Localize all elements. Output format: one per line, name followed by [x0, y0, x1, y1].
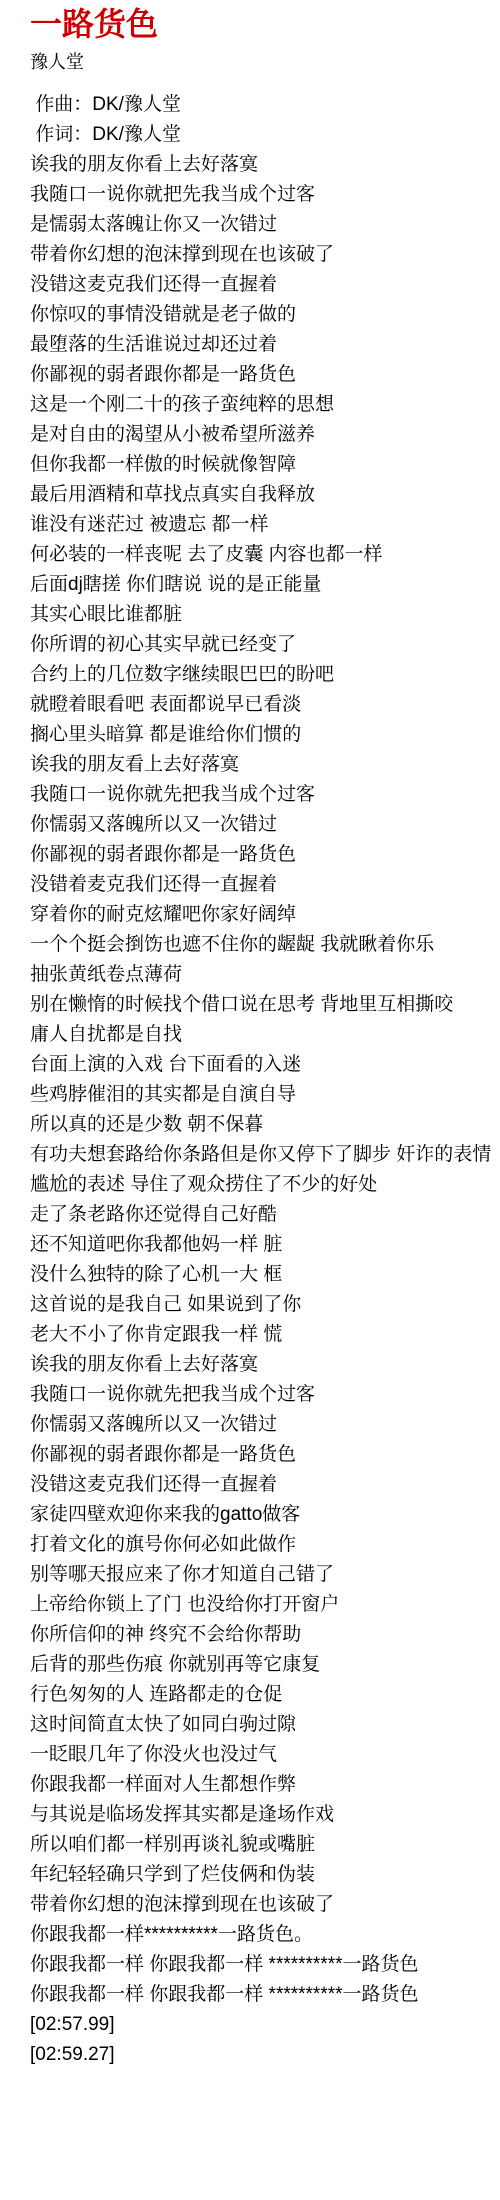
- lyric-line: 年纪轻轻确只学到了烂伎俩和伪装: [30, 1860, 500, 1890]
- lyric-line: 所以真的还是少数 朝不保暮: [30, 1110, 500, 1140]
- lyric-line: 别在懒惰的时候找个借口说在思考 背地里互相撕咬: [30, 990, 500, 1020]
- lyric-line: 你所谓的初心其实早就已经变了: [30, 630, 500, 660]
- lyric-line: 行色匆匆的人 连路都走的仓促: [30, 1680, 500, 1710]
- lyrics-block: 诶我的朋友你看上去好落寞我随口一说你就把先我当成个过客是懦弱太落魄让你又一次错过…: [30, 150, 500, 2070]
- lyric-line: 何必装的一样丧呢 去了皮囊 内容也都一样: [30, 540, 500, 570]
- lyric-line: 你鄙视的弱者跟你都是一路货色: [30, 840, 500, 870]
- lyric-line: 一眨眼几年了你没火也没过气: [30, 1740, 500, 1770]
- lyric-line: 你跟我都一样面对人生都想作弊: [30, 1770, 500, 1800]
- lyric-line: 还不知道吧你我都他妈一样 脏: [30, 1230, 500, 1260]
- artist-name: 豫人堂: [30, 50, 500, 74]
- lyric-line: 穿着你的耐克炫耀吧你家好阔绰: [30, 900, 500, 930]
- lyric-line: 有功夫想套路给你条路但是你又停下了脚步 奸诈的表情: [30, 1140, 500, 1170]
- lyric-line: 老大不小了你肯定跟我一样 慌: [30, 1320, 500, 1350]
- lyric-line: 这时间简直太快了如同白驹过隙: [30, 1710, 500, 1740]
- lyricist-credit: 作词：DK/豫人堂: [30, 120, 500, 150]
- lyric-line: 后面dj瞎搓 你们瞎说 说的是正能量: [30, 570, 500, 600]
- song-title: 一路货色: [30, 4, 500, 44]
- lyric-line: 没什么独特的除了心机一大 框: [30, 1260, 500, 1290]
- lyric-line: 诶我的朋友你看上去好落寞: [30, 150, 500, 180]
- lyric-line: 搁心里头暗算 都是谁给你们惯的: [30, 720, 500, 750]
- lyric-line: 谁没有迷茫过 被遗忘 都一样: [30, 510, 500, 540]
- lyric-line: 带着你幻想的泡沫撑到现在也该破了: [30, 240, 500, 270]
- lyric-line: 最堕落的生活谁说过却还过着: [30, 330, 500, 360]
- lyric-line: 你跟我都一样 你跟我都一样 **********一路货色: [30, 1950, 500, 1980]
- lyric-line: 台面上演的入戏 台下面看的入迷: [30, 1050, 500, 1080]
- lyric-line: 最后用酒精和草找点真实自我释放: [30, 480, 500, 510]
- lyric-line: 就瞪着眼看吧 表面都说早已看淡: [30, 690, 500, 720]
- composer-credit: 作曲：DK/豫人堂: [30, 90, 500, 120]
- lyric-line: 带着你幻想的泡沫撑到现在也该破了: [30, 1890, 500, 1920]
- lyric-line: 别等哪天报应来了你才知道自己错了: [30, 1560, 500, 1590]
- lyrics-page: 一路货色 豫人堂 作曲：DK/豫人堂 作词：DK/豫人堂 诶我的朋友你看上去好落…: [0, 0, 500, 2070]
- timestamp-line: [02:57.99]: [30, 2010, 500, 2040]
- lyric-line: 与其说是临场发挥其实都是逢场作戏: [30, 1800, 500, 1830]
- lyric-line: 没错着麦克我们还得一直握着: [30, 870, 500, 900]
- lyric-line: 你懦弱又落魄所以又一次错过: [30, 1410, 500, 1440]
- lyric-line: 你鄙视的弱者跟你都是一路货色: [30, 360, 500, 390]
- lyric-line: 你跟我都一样 你跟我都一样 **********一路货色: [30, 1980, 500, 2010]
- credits-block: 作曲：DK/豫人堂 作词：DK/豫人堂: [30, 90, 500, 150]
- lyric-line: 一个个挺会捯饬也遮不住你的龌龊 我就瞅着你乐: [30, 930, 500, 960]
- lyric-line: 其实心眼比谁都脏: [30, 600, 500, 630]
- lyric-line: 抽张黄纸卷点薄荷: [30, 960, 500, 990]
- lyric-line: 你懦弱又落魄所以又一次错过: [30, 810, 500, 840]
- lyric-line: 我随口一说你就先把我当成个过客: [30, 1380, 500, 1410]
- lyric-line: 没错这麦克我们还得一直握着: [30, 270, 500, 300]
- lyric-line: 家徒四壁欢迎你来我的gatto做客: [30, 1500, 500, 1530]
- lyric-line: 是对自由的渴望从小被希望所滋养: [30, 420, 500, 450]
- lyric-line: 没错这麦克我们还得一直握着: [30, 1470, 500, 1500]
- lyric-line: 上帝给你锁上了门 也没给你打开窗户: [30, 1590, 500, 1620]
- lyric-line: 你所信仰的神 终究不会给你帮助: [30, 1620, 500, 1650]
- lyric-line: 庸人自扰都是自找: [30, 1020, 500, 1050]
- lyric-line: 些鸡脖催泪的其实都是自演自导: [30, 1080, 500, 1110]
- lyric-line: 这是一个刚二十的孩子蛮纯粹的思想: [30, 390, 500, 420]
- lyric-line: 但你我都一样傲的时候就像智障: [30, 450, 500, 480]
- lyric-line: 打着文化的旗号你何必如此做作: [30, 1530, 500, 1560]
- lyric-line: 尴尬的表述 导住了观众捞住了不少的好处: [30, 1170, 500, 1200]
- lyric-line: 我随口一说你就先把我当成个过客: [30, 780, 500, 810]
- lyric-line: 诶我的朋友你看上去好落寞: [30, 1350, 500, 1380]
- lyric-line: 是懦弱太落魄让你又一次错过: [30, 210, 500, 240]
- lyric-line: 你跟我都一样**********一路货色。: [30, 1920, 500, 1950]
- lyric-line: 我随口一说你就把先我当成个过客: [30, 180, 500, 210]
- lyric-line: 合约上的几位数字继续眼巴巴的盼吧: [30, 660, 500, 690]
- lyric-line: 后背的那些伤痕 你就别再等它康复: [30, 1650, 500, 1680]
- timestamp-line: [02:59.27]: [30, 2040, 500, 2070]
- lyric-line: 诶我的朋友看上去好落寞: [30, 750, 500, 780]
- lyric-line: 所以咱们都一样别再谈礼貌或嘴脏: [30, 1830, 500, 1860]
- lyric-line: 走了条老路你还觉得自己好酷: [30, 1200, 500, 1230]
- lyric-line: 这首说的是我自己 如果说到了你: [30, 1290, 500, 1320]
- lyric-line: 你鄙视的弱者跟你都是一路货色: [30, 1440, 500, 1470]
- lyric-line: 你惊叹的事情没错就是老子做的: [30, 300, 500, 330]
